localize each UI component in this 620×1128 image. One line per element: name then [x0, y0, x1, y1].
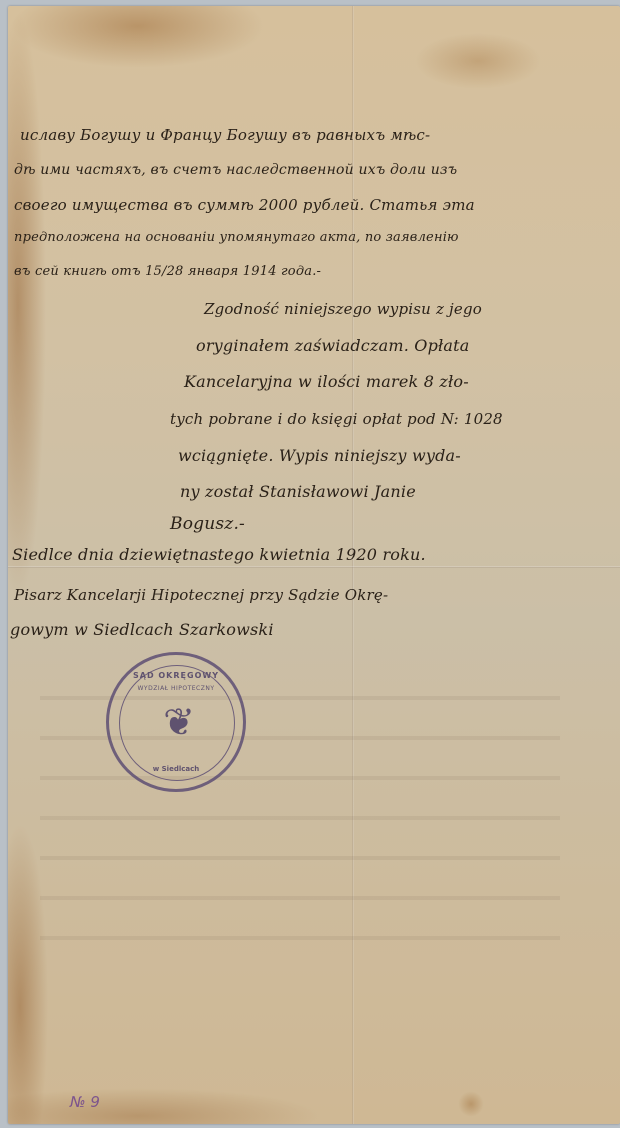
certification-line-7: Bogusz.- — [170, 514, 245, 534]
certification-line-2: oryginałem zaświadczam. Opłata — [196, 336, 470, 355]
certification-line-3: Kancelaryjna w ilości marek 8 zło- — [184, 372, 469, 391]
stamp-bottom-text: w Siedlcach — [109, 765, 243, 773]
stamp-middle-text: WYDZIAŁ HIPOTECZNY — [109, 685, 243, 692]
pencil-mark: № 9 — [70, 1093, 100, 1111]
horizontal-fold-crease — [8, 566, 620, 568]
russian-line-2: дѣ ими частяхъ, въ счетъ наследственной … — [14, 162, 457, 178]
eagle-emblem-icon: ❦ — [159, 697, 199, 747]
signature-line-1: Pisarz Kancelarji Hipotecznej przy Sądzi… — [14, 586, 388, 604]
stamp-top-text: SĄD OKRĘGOWY — [109, 671, 243, 680]
court-stamp: SĄD OKRĘGOWY WYDZIAŁ HIPOTECZNY ❦ w Sied… — [106, 652, 246, 792]
russian-line-1: иславу Богушу и Францу Богушу въ равныхъ… — [20, 126, 430, 144]
certification-line-1: Zgodność niniejszego wypisu z jego — [204, 300, 482, 318]
russian-line-4: предположена на основаніи упомянутаго ак… — [14, 230, 459, 245]
certification-line-5: wciągnięte. Wypis niniejszy wyda- — [178, 446, 461, 465]
date-line: Siedlce dnia dziewiętnastego kwietnia 19… — [12, 545, 426, 564]
signature-line-2: gowym w Siedlcach Szarkowski — [10, 620, 274, 639]
certification-line-6: ny został Stanisławowi Janie — [180, 482, 416, 501]
russian-line-5: въ сей книгѣ отъ 15/28 января 1914 года.… — [14, 264, 321, 279]
certification-line-4: tych pobrane i do księgi opłat pod N: 10… — [170, 410, 503, 428]
russian-line-3: своего имущества въ суммѣ 2000 рублей. С… — [14, 196, 475, 214]
